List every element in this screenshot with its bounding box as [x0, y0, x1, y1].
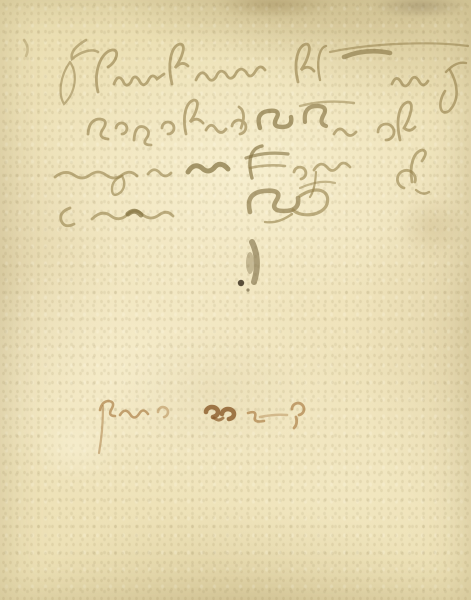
manuscript-page: Scanned parchment leaf with faded cursiv… [0, 0, 471, 600]
handwriting-layer [0, 0, 471, 600]
ink-blot [238, 242, 257, 292]
address-line-4 [61, 182, 335, 226]
address-line-3 [55, 146, 429, 197]
paraph-flourish [24, 40, 98, 104]
address-line-2 [88, 100, 415, 145]
address-line-1 [96, 43, 468, 112]
note-line [99, 401, 304, 453]
